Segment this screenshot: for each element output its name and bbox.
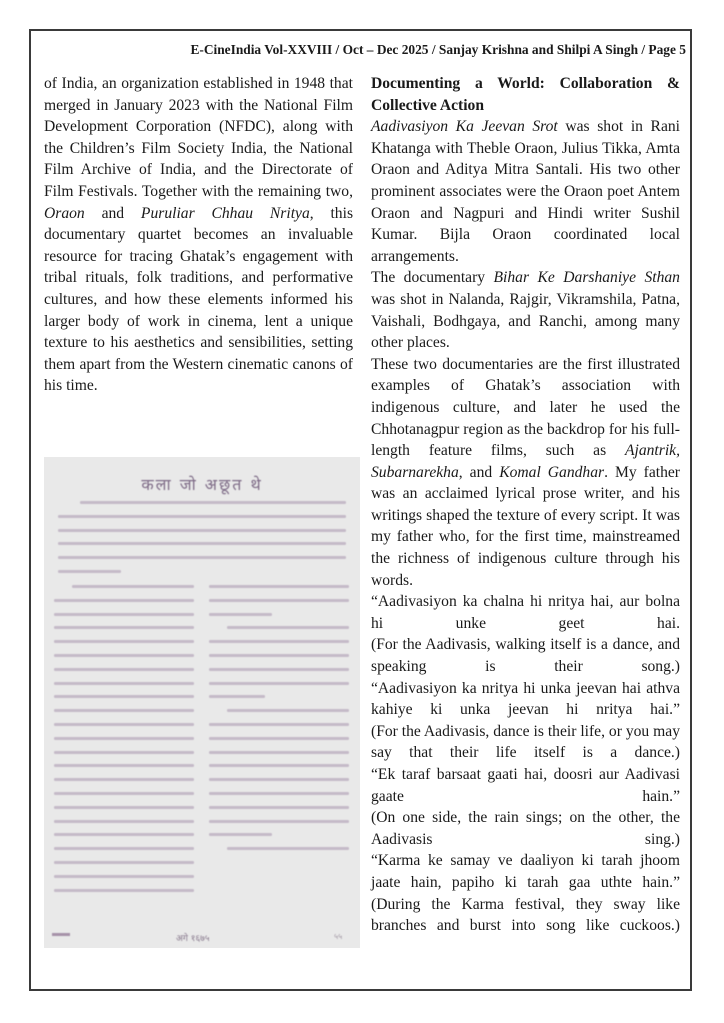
film-title-bihar: Bihar Ke Darshaniye Sthan [494, 269, 680, 286]
scan-footer-number: ५५ [334, 931, 342, 942]
left-column: of India, an organization established in… [44, 73, 353, 397]
scanned-hindi-article-image: कला जो अछूत थे अगे १६७५ ५५ [44, 457, 360, 948]
translation-2: (For the Aadivasis, dance is their life,… [371, 721, 680, 764]
film-title-puruliar: Puruliar Chhau Nritya [141, 205, 310, 222]
scan-intro-text [58, 501, 346, 584]
section-heading: Documenting a World: Collaboration & Col… [371, 73, 680, 116]
quote-2: “Aadivasiyon ka nritya hi unka jeevan ha… [371, 678, 680, 721]
right-column: Documenting a World: Collaboration & Col… [371, 73, 680, 937]
film-title-oraon: Oraon [44, 205, 85, 222]
left-paragraph: of India, an organization established in… [44, 73, 353, 397]
scan-title: कला जो अछूत थे [44, 473, 360, 495]
translation-1: (For the Aadivasis, walking itself is a … [371, 634, 680, 677]
running-header: E-CineIndia Vol-XXVIII / Oct – Dec 2025 … [40, 42, 686, 58]
scan-column-right [209, 585, 349, 861]
quote-1: “Aadivasiyon ka chalna hi nritya hai, au… [371, 591, 680, 634]
film-title-aadivasiyon: Aadivasiyon Ka Jeevan Srot [371, 118, 558, 135]
paragraph-association: These two documentaries are the first il… [371, 354, 680, 592]
quote-3: “Ek taraf barsaat gaati hai, doosri aur … [371, 764, 680, 807]
translation-3: (On one side, the rain sings; on the oth… [371, 807, 680, 850]
paragraph-aadivasiyon: Aadivasiyon Ka Jeevan Srot was shot in R… [371, 116, 680, 267]
scan-footer-mark [52, 933, 70, 936]
quote-4: “Karma ke samay ve daaliyon ki tarah jho… [371, 850, 680, 893]
scan-column-left [54, 585, 194, 902]
translation-4: (During the Karma festival, they sway li… [371, 894, 680, 937]
film-title-komal-gandhar: Komal Gandhar [499, 464, 604, 481]
scan-footer-page: अगे १६७५ [176, 931, 210, 944]
paragraph-bihar: The documentary Bihar Ke Darshaniye Stha… [371, 267, 680, 353]
